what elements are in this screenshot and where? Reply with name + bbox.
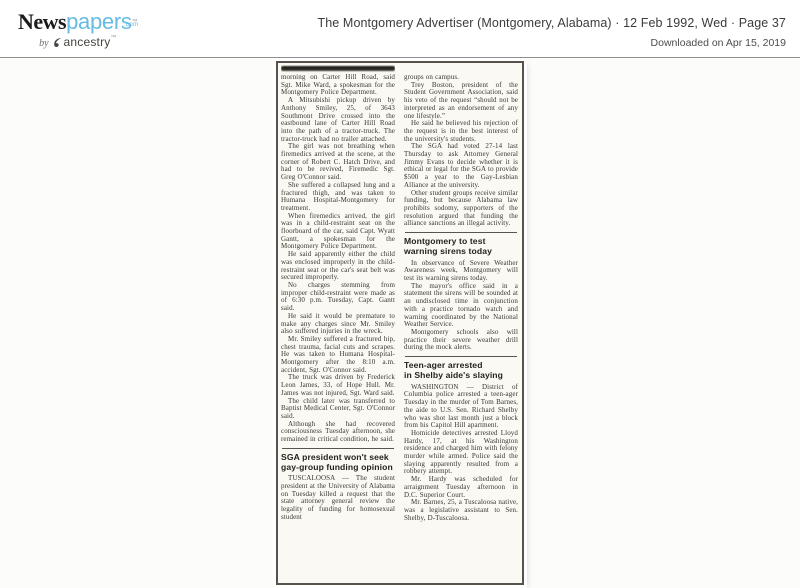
article-paragraph: When firemedics arrived, the girl was in… [281, 213, 395, 252]
article-paragraph: TUSCALOOSA — The student president at th… [281, 475, 395, 521]
article-paragraph: WASHINGTON — District of Columbia police… [404, 384, 518, 430]
article-paragraph: He said he believed his rejection of the… [404, 120, 518, 143]
ancestry-leaf-icon [52, 37, 63, 51]
article-paragraph: In observance of Severe Weather Awarenes… [404, 260, 518, 283]
section-divider [405, 232, 517, 233]
newspaper-clipping[interactable]: morning on Carter Hill Road, said Sgt. M… [276, 61, 524, 585]
publication-title: The Montgomery Advertiser (Montgomery, A… [318, 16, 786, 30]
clipping-columns: morning on Carter Hill Road, said Sgt. M… [281, 65, 518, 581]
section-headline: SGA president won't seekgay-group fundin… [281, 452, 395, 473]
logo-papers-text: papers [66, 9, 131, 34]
article-paragraph: No charges stemming from improper child-… [281, 282, 395, 313]
viewer-background: morning on Carter Hill Road, said Sgt. M… [0, 59, 800, 588]
newspapers-logo[interactable]: Newspapers™.com byancestry™ [18, 10, 138, 51]
article-paragraph: Mr. Hardy was scheduled for arraignment … [404, 476, 518, 499]
logo-com-text: .com [124, 13, 139, 37]
article-paragraph: The girl was not breathing when firemedi… [281, 143, 395, 182]
logo-news-text: News [18, 9, 66, 34]
article-paragraph: The truck was driven by Frederick Leon J… [281, 374, 395, 397]
article-paragraph: Mr. Barnes, 25, a Tuscaloosa native, was… [404, 499, 518, 522]
article-paragraph: Other student groups receive similar fun… [404, 190, 518, 229]
download-date: Downloaded on Apr 15, 2019 [318, 37, 786, 49]
article-paragraph: Montgomery schools also will practice th… [404, 329, 518, 352]
article-paragraph: The SGA had voted 27-14 last Thursday to… [404, 143, 518, 189]
article-paragraph: Mr. Smiley suffered a fractured hip, che… [281, 336, 395, 375]
section-headline: Montgomery to testwarning sirens today [404, 236, 518, 257]
article-paragraph: Homicide detectives arrested Lloyd Hardy… [404, 430, 518, 476]
section-divider [282, 448, 394, 449]
ancestry-trademark-symbol: ™ [110, 35, 116, 41]
article-paragraph: He said apparently either the child was … [281, 251, 395, 282]
section-divider [405, 356, 517, 357]
article-paragraph: Although she had recovered consciousness… [281, 421, 395, 444]
logo-ancestry-text: ancestry [64, 35, 111, 49]
left-column: morning on Carter Hill Road, said Sgt. M… [281, 65, 395, 581]
right-column: groups on campus.Trey Boston, president … [404, 65, 518, 581]
page-header: Newspapers™.com byancestry™ The Montgome… [0, 0, 800, 58]
article-paragraph: She suffered a collapsed lung and a frac… [281, 182, 395, 213]
torn-edge-smudge [281, 66, 395, 71]
section-headline: Teen-ager arrestedin Shelby aide's slayi… [404, 360, 518, 381]
header-meta: The Montgomery Advertiser (Montgomery, A… [318, 16, 786, 49]
article-paragraph: The child later was transferred to Bapti… [281, 398, 395, 421]
ancestry-byline: byancestry™ [18, 35, 138, 51]
article-paragraph: He said it would be premature to make an… [281, 313, 395, 336]
article-paragraph: morning on Carter Hill Road, said Sgt. M… [281, 74, 395, 97]
article-paragraph: A Mitsubishi pickup driven by Anthony Sm… [281, 97, 395, 143]
article-paragraph: The mayor's office said in a statement t… [404, 283, 518, 329]
logo-by-text: by [39, 38, 48, 49]
newspapers-wordmark: Newspapers™.com [18, 10, 138, 34]
article-paragraph: Trey Boston, president of the Student Go… [404, 82, 518, 121]
